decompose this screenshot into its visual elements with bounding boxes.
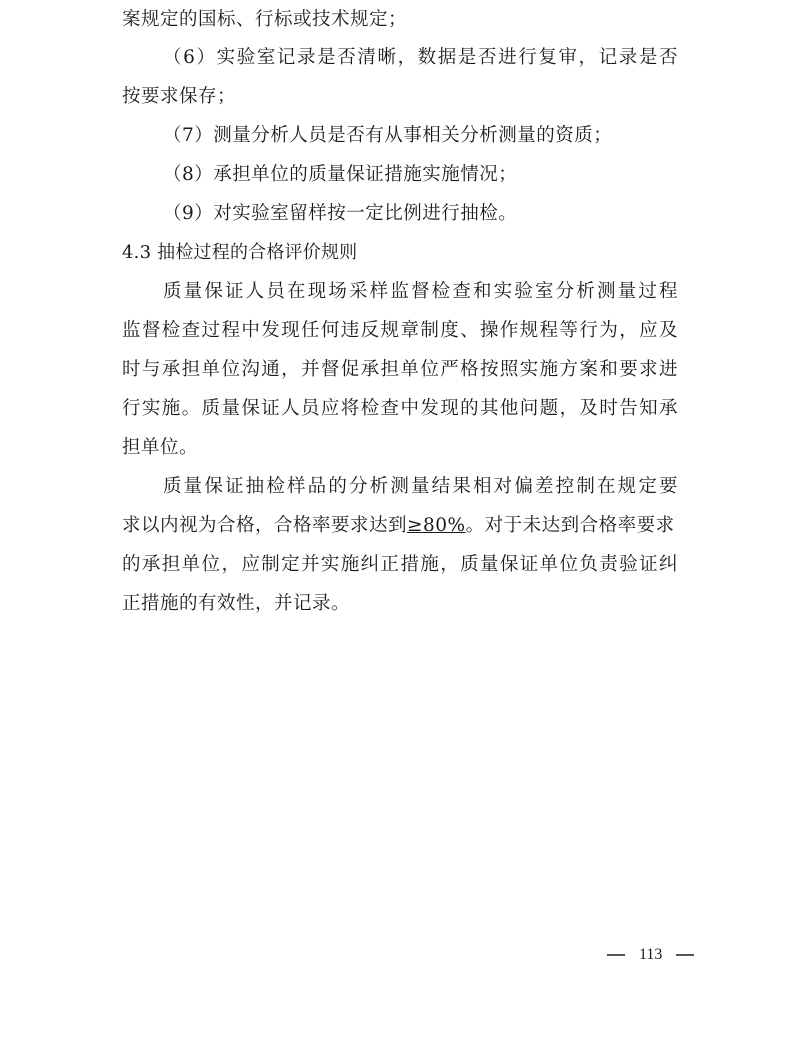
section-heading: 4.3 抽检过程的合格评价规则: [122, 233, 357, 272]
dash-left: [607, 954, 625, 956]
paragraph-line: 行实施。质量保证人员应将检查中发现的其他问题，及时告知承: [122, 389, 678, 428]
paragraph-line: 质量保证人员在现场采样监督检查和实验室分析测量过程: [163, 272, 678, 311]
text-line: 案规定的国标、行标或技术规定；: [122, 0, 407, 39]
page-number: 113: [639, 946, 662, 964]
paragraph-line: 质量保证抽检样品的分析测量结果相对偏差控制在规定要: [163, 467, 678, 506]
paragraph-line: 监督检查过程中发现任何违反规章制度、操作规程等行为，应及: [122, 311, 678, 350]
list-item-7: （7）测量分析人员是否有从事相关分析测量的资质；: [163, 116, 612, 155]
paragraph-line: 正措施的有效性，并记录。: [122, 584, 350, 623]
paragraph-line: 时与承担单位沟通，并督促承担单位严格按照实施方案和要求进: [122, 350, 678, 389]
list-item-8: （8）承担单位的质量保证措施实施情况；: [163, 155, 517, 194]
pass-rate-value: ≥80%: [407, 515, 466, 536]
list-item-9: （9）对实验室留样按一定比例进行抽检。: [163, 194, 517, 233]
paragraph-line: 担单位。: [122, 428, 198, 467]
page-footer: 113: [607, 946, 694, 964]
text-line: 按要求保存；: [122, 77, 236, 116]
list-item-6: （6）实验室记录是否清晰，数据是否进行复审，记录是否: [163, 38, 678, 77]
paragraph-line: 的承担单位，应制定并实施纠正措施，质量保证单位负责验证纠: [122, 545, 678, 584]
text-span: 求以内视为合格，合格率要求达到: [122, 515, 407, 536]
text-span: 。对于未达到合格率要求: [466, 515, 675, 536]
dash-right: [676, 954, 694, 956]
paragraph-line: 求以内视为合格，合格率要求达到≥80%。对于未达到合格率要求: [122, 506, 678, 545]
